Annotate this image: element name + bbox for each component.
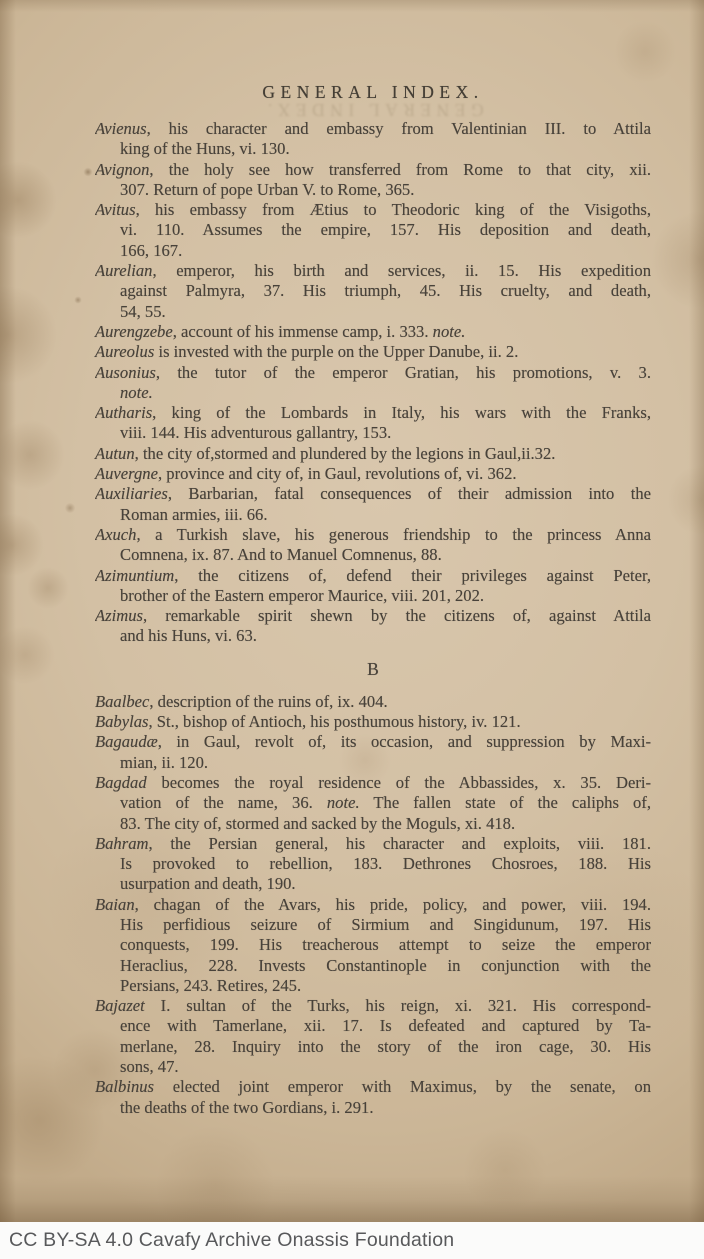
entry-headword: Azimuntium — [95, 566, 174, 585]
entry-text: , his embassy from Ætius to Theodoric ki… — [136, 200, 651, 219]
entry-text: Heraclius, 228. Invests Constantinople i… — [120, 956, 651, 975]
index-line: Roman armies, iii. 66. — [95, 505, 651, 525]
index-line: the deaths of the two Gordians, i. 291. — [95, 1098, 651, 1118]
entry-text: , the Persian general, his character and… — [148, 834, 651, 853]
scanned-book-page: GENERAL INDEX. GENERAL INDEX. Avienus, h… — [0, 0, 704, 1259]
entry-text: Is provoked to rebellion, 183. Dethrones… — [120, 854, 651, 873]
index-line: Autharis, king of the Lombards in Italy,… — [95, 403, 651, 423]
entry-headword: Aurengzebe — [95, 322, 173, 341]
entry-text: , Barbarian, fatal consequences of their… — [168, 484, 651, 503]
index-line: ence with Tamerlane, xii. 17. Is defeate… — [95, 1016, 651, 1036]
entry-headword: Axuch — [95, 525, 136, 544]
entry-text: viii. 144. His adventurous gallantry, 15… — [120, 423, 391, 442]
index-line: Ausonius, the tutor of the emperor Grati… — [95, 363, 651, 383]
page-title: GENERAL INDEX. — [95, 82, 651, 103]
index-line: Bagaudæ, in Gaul, revolt of, its occasio… — [95, 732, 651, 752]
entry-text: , the city of,stormed and plundered by t… — [135, 444, 556, 463]
index-line: Bahram, the Persian general, his charact… — [95, 834, 651, 854]
index-line: Heraclius, 228. Invests Constantinople i… — [95, 956, 651, 976]
entry-text: , the holy see how transferred from Rome… — [149, 160, 651, 179]
index-line: Baalbec, description of the ruins of, ix… — [95, 692, 651, 712]
index-line: sons, 47. — [95, 1057, 651, 1077]
license-bar: CC BY-SA 4.0 Cavafy Archive Onassis Foun… — [0, 1222, 704, 1259]
entry-text: , chagan of the Avars, his pride, policy… — [135, 895, 651, 914]
section-heading-b: B — [95, 656, 651, 682]
entry-text: , emperor, his birth and services, ii. 1… — [152, 261, 651, 280]
entry-headword: Aurelian — [95, 261, 152, 280]
index-line: Aureolus is invested with the purple on … — [95, 342, 651, 362]
index-line: 54, 55. — [95, 302, 651, 322]
entry-text: 166, 167. — [120, 241, 182, 260]
index-line: Autun, the city of,stormed and plundered… — [95, 444, 651, 464]
entry-text: vation of the name, 36. — [120, 793, 327, 812]
entry-text: , description of the ruins of, ix. 404. — [149, 692, 387, 711]
entry-text: His perfidious seizure of Sirmium and Si… — [120, 915, 651, 934]
index-line: Auxiliaries, Barbarian, fatal consequenc… — [95, 484, 651, 504]
index-line: against Palmyra, 37. His triumph, 45. Hi… — [95, 281, 651, 301]
entry-headword: Avitus — [95, 200, 136, 219]
index-line: Comnena, ix. 87. And to Manuel Comnenus,… — [95, 545, 651, 565]
entry-text: 307. Return of pope Urban V. to Rome, 36… — [120, 180, 414, 199]
index-section-b: Baalbec, description of the ruins of, ix… — [95, 692, 651, 1118]
entry-headword: Bagaudæ — [95, 732, 158, 751]
entry-headword: Auvergne — [95, 464, 158, 483]
index-line: king of the Huns, vi. 130. — [95, 139, 651, 159]
entry-text: sons, 47. — [120, 1057, 179, 1076]
index-line: usurpation and death, 190. — [95, 874, 651, 894]
entry-text: king of the Huns, vi. 130. — [120, 139, 290, 158]
entry-text: Persians, 243. Retires, 245. — [120, 976, 301, 995]
entry-headword: Balbinus — [95, 1077, 154, 1096]
index-line: Aurelian, emperor, his birth and service… — [95, 261, 651, 281]
entry-text: , his character and embassy from Valenti… — [147, 119, 651, 138]
index-line: and his Huns, vi. 63. — [95, 626, 651, 646]
entry-text: The fallen state of the caliphs of, — [360, 793, 651, 812]
index-line: brother of the Eastern emperor Maurice, … — [95, 586, 651, 606]
entry-headword: Bajazet — [95, 996, 145, 1015]
index-line: vation of the name, 36. note. The fallen… — [95, 793, 651, 813]
entry-text: Comnena, ix. 87. And to Manuel Comnenus,… — [120, 545, 442, 564]
entry-text: I. sultan of the Turks, his reign, xi. 3… — [145, 996, 651, 1015]
entry-headword: note. — [433, 322, 466, 341]
entry-text: becomes the royal residence of the Abbas… — [147, 773, 651, 792]
entry-headword: Ausonius — [95, 363, 156, 382]
entry-text: , the tutor of the emperor Gratian, his … — [156, 363, 651, 382]
index-line: Azimuntium, the citizens of, defend thei… — [95, 566, 651, 586]
entry-headword: note. — [120, 383, 153, 402]
index-line: Baian, chagan of the Avars, his pride, p… — [95, 895, 651, 915]
index-line: merlane, 28. Inquiry into the story of t… — [95, 1037, 651, 1057]
index-line: Persians, 243. Retires, 245. — [95, 976, 651, 996]
entry-text: , the citizens of, defend their privileg… — [174, 566, 651, 585]
index-line: Aurengzebe, account of his immense camp,… — [95, 322, 651, 342]
index-line: Babylas, St., bishop of Antioch, his pos… — [95, 712, 651, 732]
entry-headword: Autun — [95, 444, 135, 463]
entry-headword: Aureolus — [95, 342, 154, 361]
entry-text: merlane, 28. Inquiry into the story of t… — [120, 1037, 651, 1056]
index-section-a: Avienus, his character and embassy from … — [95, 119, 651, 647]
entry-headword: Baalbec — [95, 692, 149, 711]
index-line: Bajazet I. sultan of the Turks, his reig… — [95, 996, 651, 1016]
entry-headword: Baian — [95, 895, 135, 914]
entry-text: , king of the Lombards in Italy, his war… — [152, 403, 651, 422]
entry-text: 54, 55. — [120, 302, 166, 321]
entry-headword: Azimus — [95, 606, 143, 625]
index-line: Avignon, the holy see how transferred fr… — [95, 160, 651, 180]
index-line: conquests, 199. His treacherous attempt … — [95, 935, 651, 955]
index-line: note. — [95, 383, 651, 403]
entry-text: the deaths of the two Gordians, i. 291. — [120, 1098, 373, 1117]
index-line: Bagdad becomes the royal residence of th… — [95, 773, 651, 793]
index-line: Axuch, a Turkish slave, his generous fri… — [95, 525, 651, 545]
index-line: Avitus, his embassy from Ætius to Theodo… — [95, 200, 651, 220]
index-line: Auvergne, province and city of, in Gaul,… — [95, 464, 651, 484]
entry-text: and his Huns, vi. 63. — [120, 626, 257, 645]
book-page-paper: GENERAL INDEX. GENERAL INDEX. Avienus, h… — [0, 0, 704, 1222]
index-line: 166, 167. — [95, 241, 651, 261]
entry-text: ence with Tamerlane, xii. 17. Is defeate… — [120, 1016, 651, 1035]
entry-text: is invested with the purple on the Upper… — [154, 342, 518, 361]
index-line: His perfidious seizure of Sirmium and Si… — [95, 915, 651, 935]
entry-headword: Avienus — [95, 119, 147, 138]
entry-headword: Autharis — [95, 403, 152, 422]
entry-headword: Bagdad — [95, 773, 147, 792]
index-line: Avienus, his character and embassy from … — [95, 119, 651, 139]
entry-text: , in Gaul, revolt of, its occasion, and … — [158, 732, 651, 751]
entry-text: elected joint emperor with Maximus, by t… — [154, 1077, 651, 1096]
entry-text: , a Turkish slave, his generous friendsh… — [136, 525, 651, 544]
entry-text: against Palmyra, 37. His triumph, 45. Hi… — [120, 281, 651, 300]
entry-headword: Babylas — [95, 712, 148, 731]
index-line: 83. The city of, stormed and sacked by t… — [95, 814, 651, 834]
entry-headword: Avignon — [95, 160, 149, 179]
index-line: Azimus, remarkable spirit shewn by the c… — [95, 606, 651, 626]
index-line: viii. 144. His adventurous gallantry, 15… — [95, 423, 651, 443]
entry-text: , account of his immense camp, i. 333. — [173, 322, 433, 341]
entry-text: , remarkable spirit shewn by the citizen… — [143, 606, 651, 625]
entry-text: mian, ii. 120. — [120, 753, 208, 772]
entry-headword: Auxiliaries — [95, 484, 168, 503]
index-text-block: Avienus, his character and embassy from … — [95, 119, 651, 1118]
entry-text: brother of the Eastern emperor Maurice, … — [120, 586, 484, 605]
entry-headword: Bahram — [95, 834, 148, 853]
entry-text: 83. The city of, stormed and sacked by t… — [120, 814, 515, 833]
entry-text: usurpation and death, 190. — [120, 874, 296, 893]
entry-headword: note. — [327, 793, 360, 812]
entry-text: , St., bishop of Antioch, his posthumous… — [148, 712, 520, 731]
index-line: mian, ii. 120. — [95, 753, 651, 773]
entry-text: Roman armies, iii. 66. — [120, 505, 267, 524]
license-text: CC BY-SA 4.0 Cavafy Archive Onassis Foun… — [0, 1229, 454, 1252]
index-line: vi. 110. Assumes the empire, 157. His de… — [95, 220, 651, 240]
entry-text: conquests, 199. His treacherous attempt … — [120, 935, 651, 954]
entry-text: , province and city of, in Gaul, revolut… — [158, 464, 517, 483]
index-line: Balbinus elected joint emperor with Maxi… — [95, 1077, 651, 1097]
index-line: 307. Return of pope Urban V. to Rome, 36… — [95, 180, 651, 200]
entry-text: vi. 110. Assumes the empire, 157. His de… — [120, 220, 651, 239]
index-line: Is provoked to rebellion, 183. Dethrones… — [95, 854, 651, 874]
